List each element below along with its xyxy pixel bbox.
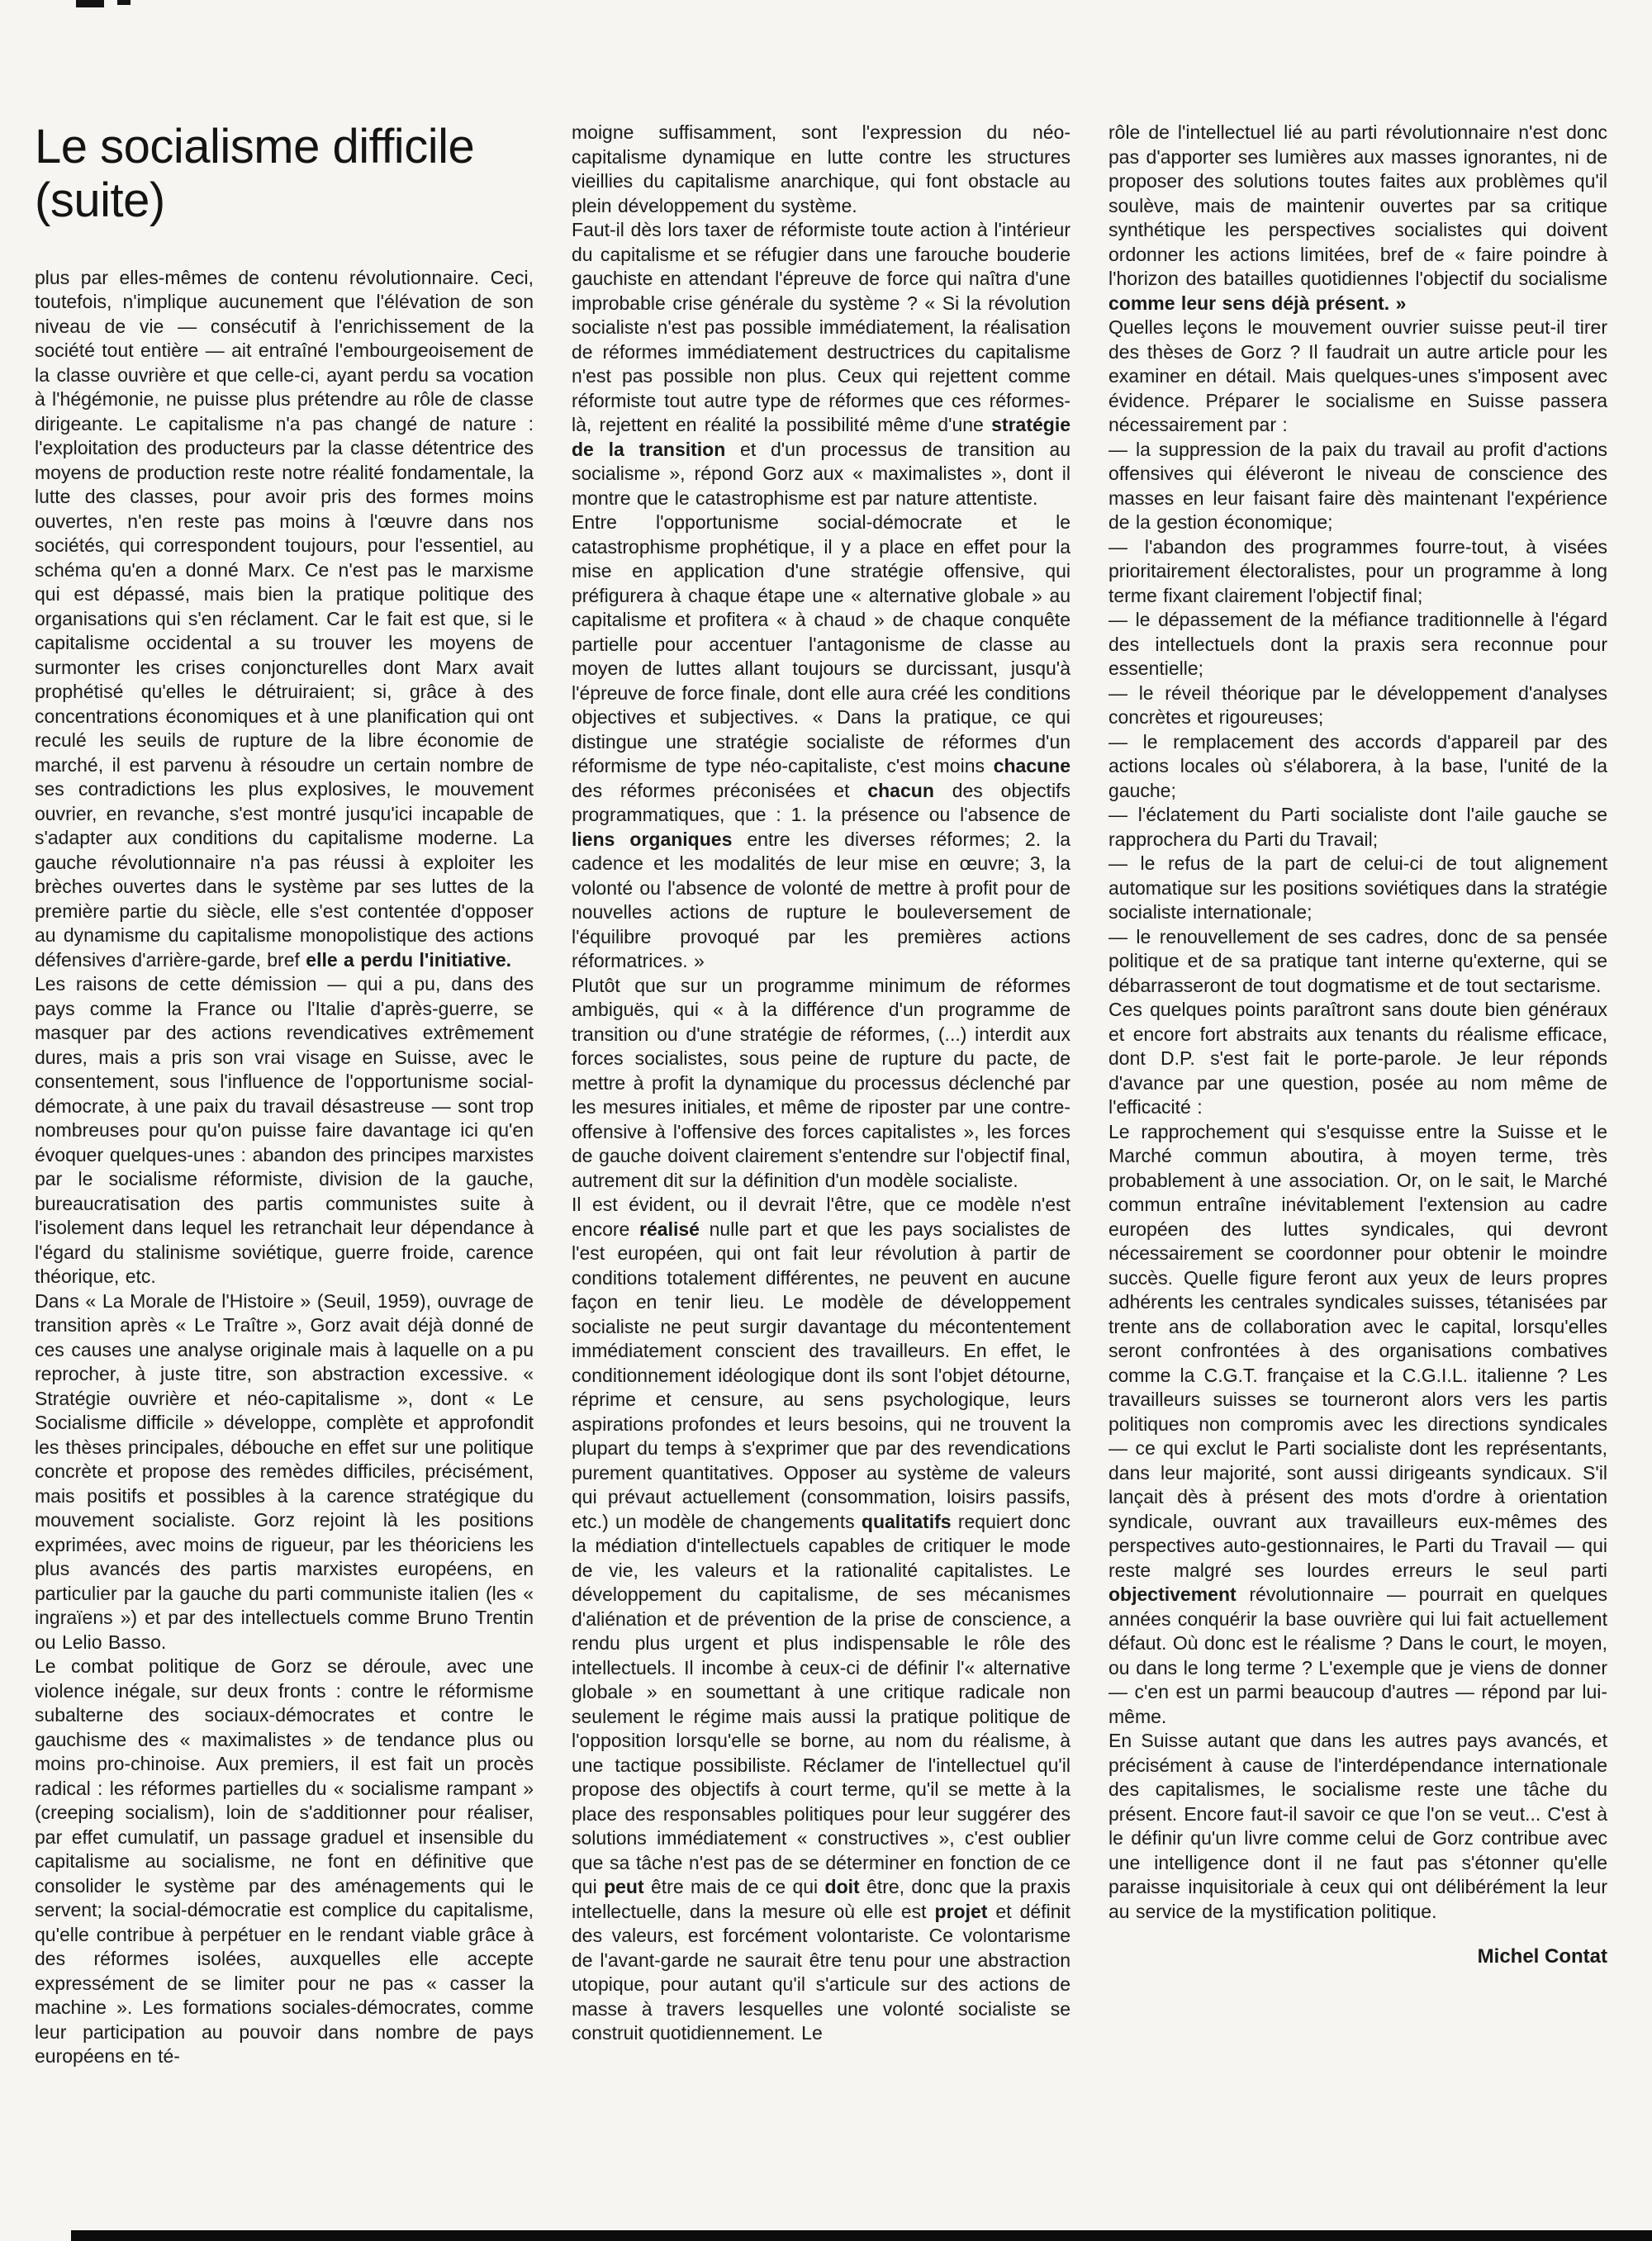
- column-2: moigne suffisamment, sont l'expression d…: [572, 121, 1070, 2069]
- paragraph: Entre l'opportunisme social-démocrate et…: [572, 510, 1070, 974]
- paragraph: En Suisse autant que dans les autres pay…: [1108, 1729, 1607, 1924]
- bottom-edge-bar: [71, 2230, 1652, 2241]
- paragraph: Les raisons de cette démission — qui a p…: [35, 972, 534, 1289]
- byline: Michel Contat: [1108, 1945, 1607, 1968]
- paragraph: — le refus de la part de celui-ci de tou…: [1108, 852, 1607, 925]
- title-line-2: (suite): [35, 173, 165, 227]
- paragraph: Ces quelques points paraîtront sans dout…: [1108, 998, 1607, 1120]
- paragraph: Le combat politique de Gorz se déroule, …: [35, 1655, 534, 2069]
- scanned-article-page: Le socialisme difficile(suite) plus par …: [0, 0, 1652, 2241]
- paragraph: — le remplacement des accords d'appareil…: [1108, 730, 1607, 804]
- column-3: rôle de l'intellectuel lié au parti révo…: [1108, 121, 1607, 2069]
- paragraph: Faut-il dès lors taxer de réformiste tou…: [572, 218, 1070, 510]
- scan-artifact: [117, 0, 131, 5]
- paragraph: Le rapprochement qui s'esquisse entre la…: [1108, 1120, 1607, 1730]
- paragraph: moigne suffisamment, sont l'expression d…: [572, 121, 1070, 218]
- paragraph: Quelles leçons le mouvement ouvrier suis…: [1108, 316, 1607, 438]
- column-1-paragraphs: plus par elles-mêmes de contenu révoluti…: [35, 266, 534, 2069]
- paragraph: — le dépassement de la méfiance traditio…: [1108, 608, 1607, 681]
- column-1: Le socialisme difficile(suite) plus par …: [35, 121, 534, 2069]
- column-2-paragraphs: moigne suffisamment, sont l'expression d…: [572, 121, 1070, 2046]
- paragraph: plus par elles-mêmes de contenu révoluti…: [35, 266, 534, 973]
- scan-artifact: [76, 0, 104, 7]
- column-3-paragraphs: rôle de l'intellectuel lié au parti révo…: [1108, 121, 1607, 1924]
- paragraph: — le réveil théorique par le développeme…: [1108, 681, 1607, 730]
- paragraph: Plutôt que sur un programme minimum de r…: [572, 974, 1070, 1194]
- paragraph: — l'éclatement du Parti socialiste dont …: [1108, 803, 1607, 852]
- paragraph: Dans « La Morale de l'Histoire » (Seuil,…: [35, 1289, 534, 1655]
- paragraph: — l'abandon des programmes fourre-tout, …: [1108, 535, 1607, 609]
- paragraph: — la suppression de la paix du travail a…: [1108, 438, 1607, 535]
- paragraph: Il est évident, ou il devrait l'être, qu…: [572, 1193, 1070, 2046]
- title-line-1: Le socialisme difficile: [35, 120, 474, 173]
- article-columns: Le socialisme difficile(suite) plus par …: [0, 0, 1652, 2069]
- page-title: Le socialisme difficile(suite): [35, 121, 534, 228]
- paragraph: rôle de l'intellectuel lié au parti révo…: [1108, 121, 1607, 316]
- paragraph: — le renouvellement de ses cadres, donc …: [1108, 925, 1607, 999]
